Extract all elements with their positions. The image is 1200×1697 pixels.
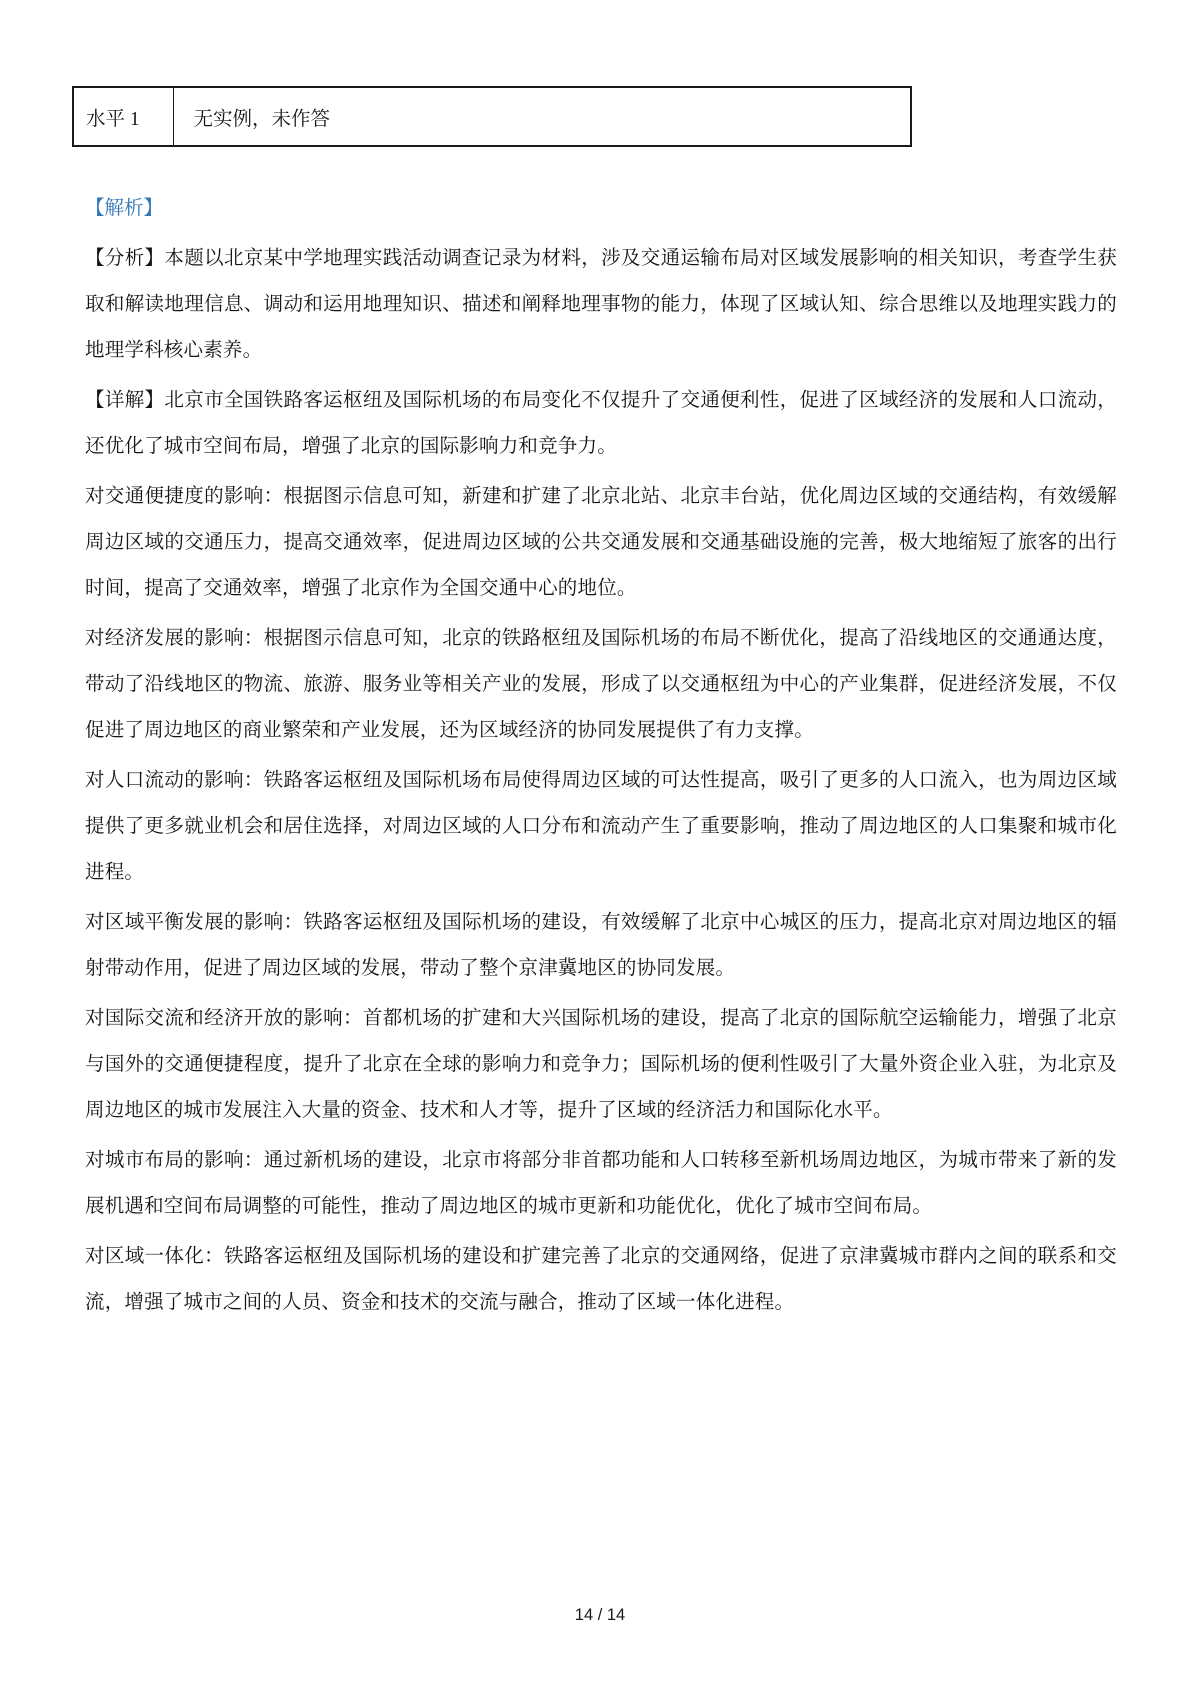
urban-layout-impact-paragraph: 对城市布局的影响：通过新机场的建设，北京市将部分非首都功能和人口转移至新机场周边…	[85, 1138, 1117, 1230]
regional-integration-paragraph: 对区域一体化：铁路客运枢纽及国际机场的建设和扩建完善了北京的交通网络，促进了京津…	[85, 1234, 1117, 1326]
analysis-section-header: 【解析】	[85, 186, 1117, 232]
analysis-overview-paragraph: 【分析】本题以北京某中学地理实践活动调查记录为材料，涉及交通运输布局对区域发展影…	[85, 236, 1117, 374]
page-number: 14 / 14	[0, 1606, 1200, 1625]
detailed-explanation-paragraph: 【详解】北京市全国铁路客运枢纽及国际机场的布局变化不仅提升了交通便利性，促进了区…	[85, 378, 1117, 470]
population-flow-impact-paragraph: 对人口流动的影响：铁路客运枢纽及国际机场布局使得周边区域的可达性提高，吸引了更多…	[85, 758, 1117, 896]
traffic-convenience-impact-paragraph: 对交通便捷度的影响：根据图示信息可知，新建和扩建了北京北站、北京丰台站，优化周边…	[85, 474, 1117, 612]
economic-development-impact-paragraph: 对经济发展的影响：根据图示信息可知，北京的铁路枢纽及国际机场的布局不断优化，提高…	[85, 616, 1117, 754]
answer-explanation-section: 【解析】 【分析】本题以北京某中学地理实践活动调查记录为材料，涉及交通运输布局对…	[85, 186, 1117, 1330]
regional-balance-impact-paragraph: 对区域平衡发展的影响：铁路客运枢纽及国际机场的建设，有效缓解了北京中心城区的压力…	[85, 900, 1117, 992]
level-label-cell: 水平 1	[73, 87, 173, 146]
score-level-table: 水平 1 无实例，未作答	[72, 86, 912, 147]
level-description-cell: 无实例，未作答	[173, 87, 911, 146]
document-page: 水平 1 无实例，未作答 【解析】 【分析】本题以北京某中学地理实践活动调查记录…	[0, 0, 1200, 1697]
table-row: 水平 1 无实例，未作答	[73, 87, 911, 146]
international-exchange-impact-paragraph: 对国际交流和经济开放的影响：首都机场的扩建和大兴国际机场的建设，提高了北京的国际…	[85, 996, 1117, 1134]
